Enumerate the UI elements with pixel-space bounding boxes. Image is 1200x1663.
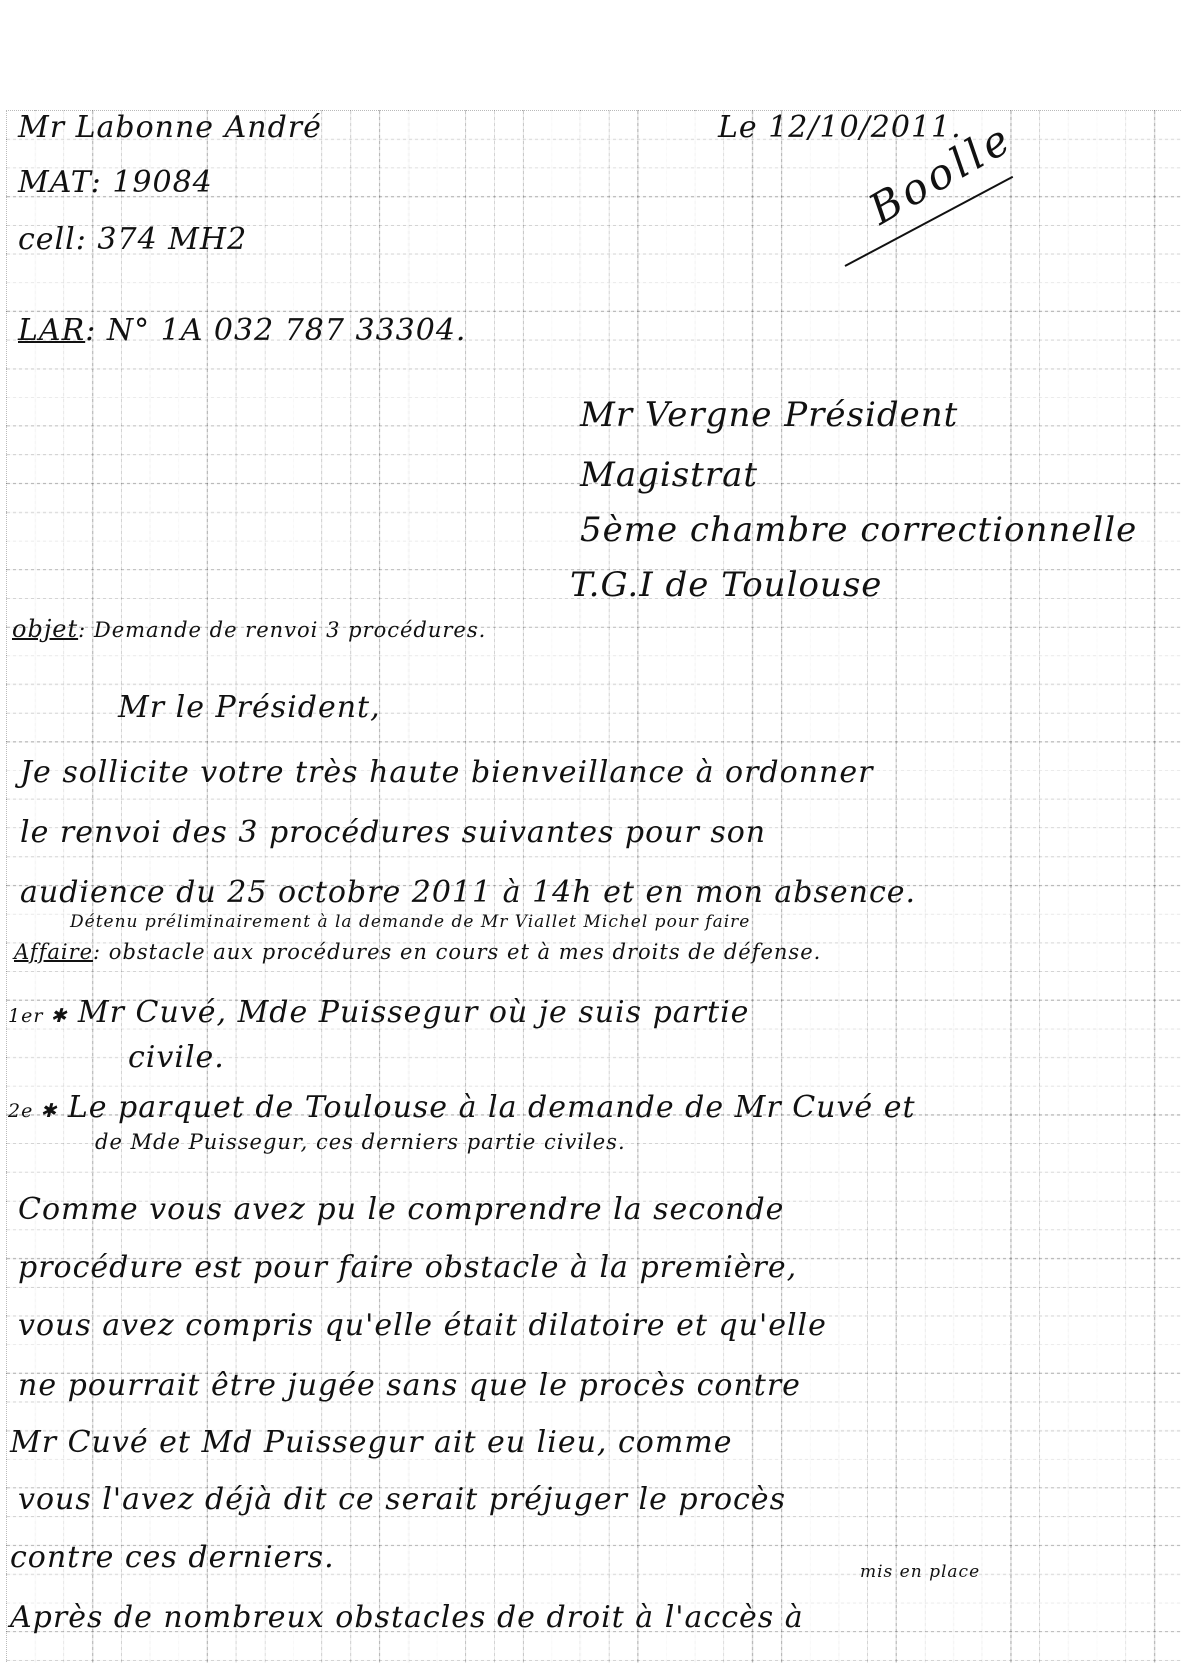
- affaire-text: : obstacle aux procédures en cours et à …: [93, 940, 821, 964]
- inserted-line: Détenu préliminairement à la demande de …: [70, 912, 750, 932]
- affaire-line: Affaire: obstacle aux procédures en cour…: [14, 940, 821, 964]
- closing-line-5: Mr Cuvé et Md Puissegur ait eu lieu, com…: [10, 1425, 733, 1460]
- lar-reference: LAR: N° 1A 032 787 33304.: [18, 313, 466, 348]
- item-1-line-2: civile.: [128, 1040, 225, 1075]
- lar-number: : N° 1A 032 787 33304.: [85, 313, 466, 348]
- item-2-text: Le parquet de Toulouse à la demande de M…: [68, 1090, 916, 1125]
- closing-line-6: vous l'avez déjà dit ce serait préjuger …: [18, 1482, 786, 1517]
- last-line: Après de nombreux obstacles de droit à l…: [10, 1600, 804, 1635]
- object-text: : Demande de renvoi 3 procédures.: [78, 618, 486, 642]
- recipient-title: Magistrat: [580, 455, 758, 495]
- last-line-annotation: mis en place: [860, 1562, 980, 1582]
- closing-line-7: contre ces derniers.: [10, 1540, 335, 1575]
- affaire-label: Affaire: [14, 940, 93, 964]
- object-label: objet: [12, 615, 78, 643]
- closing-line-4: ne pourrait être jugée sans que le procè…: [18, 1368, 801, 1403]
- sender-name: Mr Labonne André: [18, 110, 322, 145]
- closing-line-3: vous avez compris qu'elle était dilatoir…: [18, 1308, 827, 1343]
- body-line-1: Je sollicite votre très haute bienveilla…: [20, 755, 873, 790]
- item-1-marker: 1er ✱: [8, 1005, 67, 1027]
- lar-label: LAR: [18, 313, 85, 348]
- item-2-marker: 2e ✱: [8, 1100, 57, 1122]
- cell-number: cell: 374 MH2: [18, 222, 247, 257]
- item-1-line-1: 1er ✱ Mr Cuvé, Mde Puissegur où je suis …: [8, 995, 749, 1030]
- closing-line-1: Comme vous avez pu le comprendre la seco…: [18, 1192, 784, 1227]
- letter-date: Le 12/10/2011.: [718, 110, 962, 145]
- item-2-line-2: de Mde Puissegur, ces derniers partie ci…: [95, 1130, 626, 1154]
- recipient-court: T.G.I de Toulouse: [570, 565, 882, 605]
- body-line-2: le renvoi des 3 procédures suivantes pou…: [20, 815, 766, 850]
- recipient-chamber: 5ème chambre correctionnelle: [580, 510, 1137, 550]
- letter-sheet: Mr Labonne André MAT: 19084 cell: 374 MH…: [0, 0, 1200, 1663]
- body-line-3: audience du 25 octobre 2011 à 14h et en …: [20, 875, 916, 910]
- item-2-line-1: 2e ✱ Le parquet de Toulouse à la demande…: [8, 1090, 916, 1125]
- item-1-text: Mr Cuvé, Mde Puissegur où je suis partie: [78, 995, 750, 1030]
- salutation: Mr le Président,: [118, 690, 381, 725]
- object-line: objet: Demande de renvoi 3 procédures.: [12, 615, 486, 643]
- recipient-name: Mr Vergne Président: [580, 395, 958, 435]
- closing-line-2: procédure est pour faire obstacle à la p…: [18, 1250, 797, 1285]
- matricule: MAT: 19084: [18, 165, 213, 200]
